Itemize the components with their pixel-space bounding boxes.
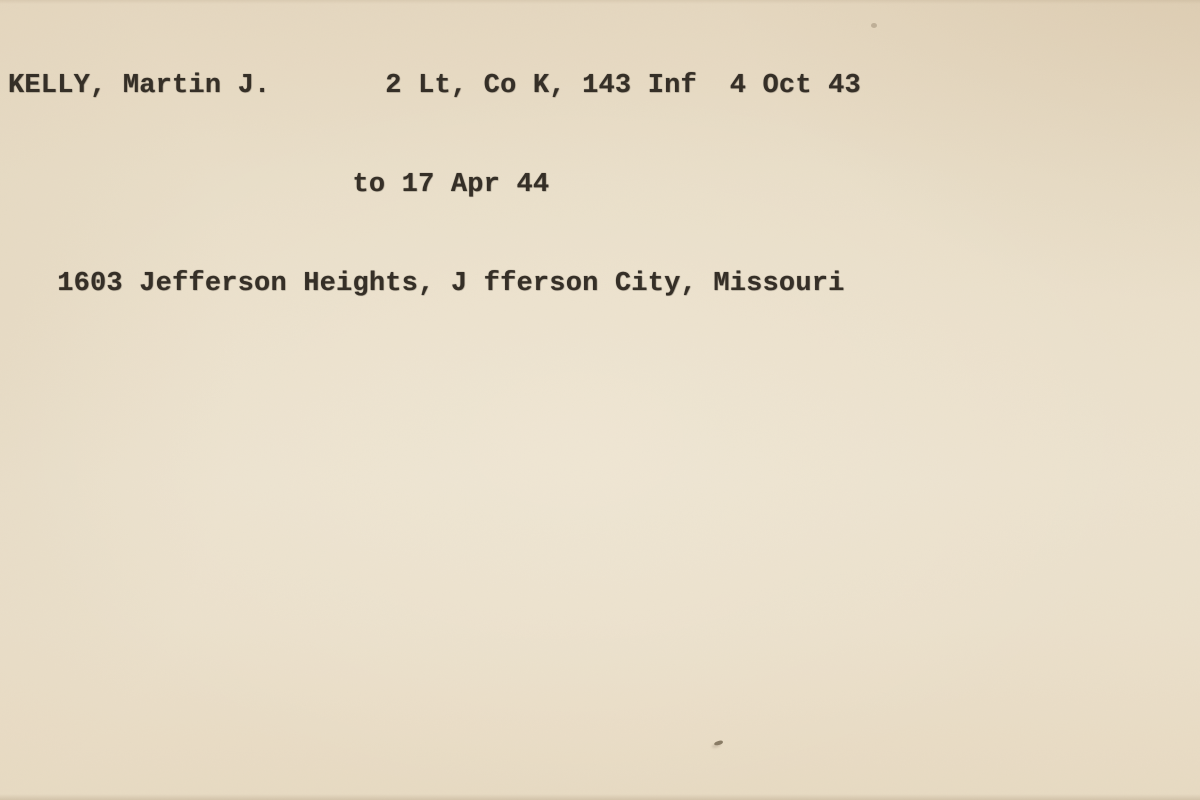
paper-speck — [714, 740, 724, 746]
card-line-date-range: to 17 Apr 44 — [8, 169, 861, 202]
paper-speck-faint — [871, 23, 877, 28]
scan-edge-bottom — [0, 794, 1200, 800]
card-line-address: 1603 Jefferson Heights, J fferson City, … — [8, 268, 861, 301]
typed-text-block: KELLY, Martin J. 2 Lt, Co K, 143 Inf 4 O… — [8, 4, 861, 367]
card-line-name-rank: KELLY, Martin J. 2 Lt, Co K, 143 Inf 4 O… — [8, 70, 861, 103]
index-card: KELLY, Martin J. 2 Lt, Co K, 143 Inf 4 O… — [0, 0, 1200, 800]
